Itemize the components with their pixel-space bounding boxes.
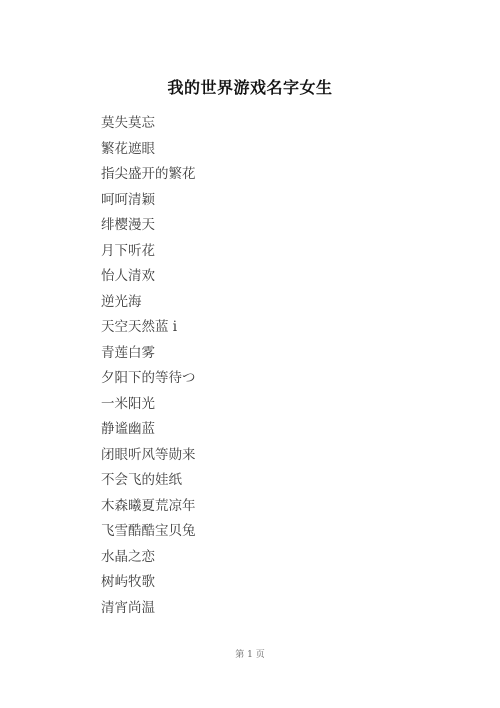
list-item: 清宵尚温 (101, 598, 196, 624)
list-item: 闭眼听风等勋来 (101, 445, 196, 471)
list-item: 逆光海 (101, 292, 196, 318)
list-item: 指尖盛开的繁花 (101, 164, 196, 190)
list-item: 绯樱漫天 (101, 215, 196, 241)
list-item: 一米阳光 (101, 394, 196, 420)
page-number: 第 1 页 (0, 647, 500, 660)
list-item: 夕阳下的等待つ (101, 368, 196, 394)
list-item: 木森曦夏荒凉年 (101, 496, 196, 522)
list-item: 天空天然蓝 i (101, 317, 196, 343)
list-item: 树屿牧歌 (101, 572, 196, 598)
list-item: 月下听花 (101, 241, 196, 267)
list-item: 怡人清欢 (101, 266, 196, 292)
list-item: 莫失莫忘 (101, 113, 196, 139)
list-item: 呵呵清颖 (101, 190, 196, 216)
document-title: 我的世界游戏名字女生 (0, 75, 500, 98)
name-list: 莫失莫忘 繁花遮眼 指尖盛开的繁花 呵呵清颖 绯樱漫天 月下听花 怡人清欢 逆光… (101, 113, 196, 623)
list-item: 水晶之恋 (101, 547, 196, 573)
list-item: 静谧幽蓝 (101, 419, 196, 445)
list-item: 飞雪酷酷宝贝兔 (101, 521, 196, 547)
list-item: 繁花遮眼 (101, 139, 196, 165)
list-item: 不会飞的娃纸 (101, 470, 196, 496)
list-item: 青莲白雾 (101, 343, 196, 369)
document-page: 我的世界游戏名字女生 莫失莫忘 繁花遮眼 指尖盛开的繁花 呵呵清颖 绯樱漫天 月… (0, 0, 500, 708)
